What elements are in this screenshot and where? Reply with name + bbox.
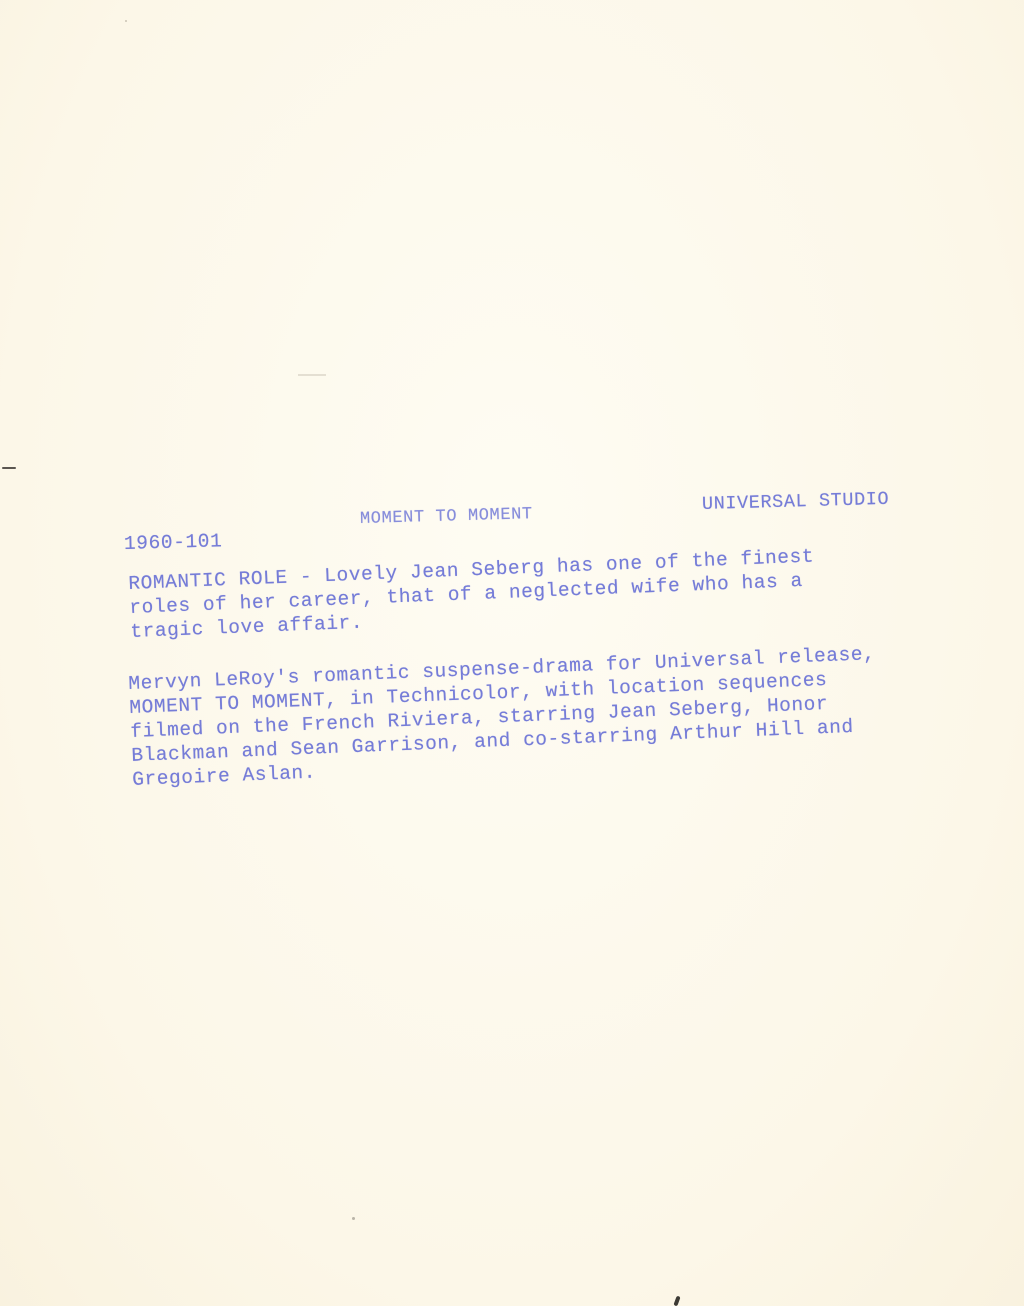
left-edge-ink-mark — [2, 467, 16, 469]
bottom-ink-mark — [673, 1296, 680, 1306]
caption-paragraph: ROMANTIC ROLE - Lovely Jean Seberg has o… — [128, 544, 816, 643]
paper-speck — [125, 20, 127, 22]
film-title: MOMENT TO MOMENT — [360, 505, 533, 529]
faint-smudge — [298, 374, 326, 376]
reference-number: 1960-101 — [124, 530, 223, 555]
photo-back-paper: 1960-101 MOMENT TO MOMENT UNIVERSAL STUD… — [0, 0, 1024, 1306]
studio-name: UNIVERSAL STUDIO — [702, 489, 890, 515]
description-paragraph: Mervyn LeRoy's romantic suspense-drama f… — [128, 642, 880, 792]
paper-speck — [352, 1217, 355, 1220]
